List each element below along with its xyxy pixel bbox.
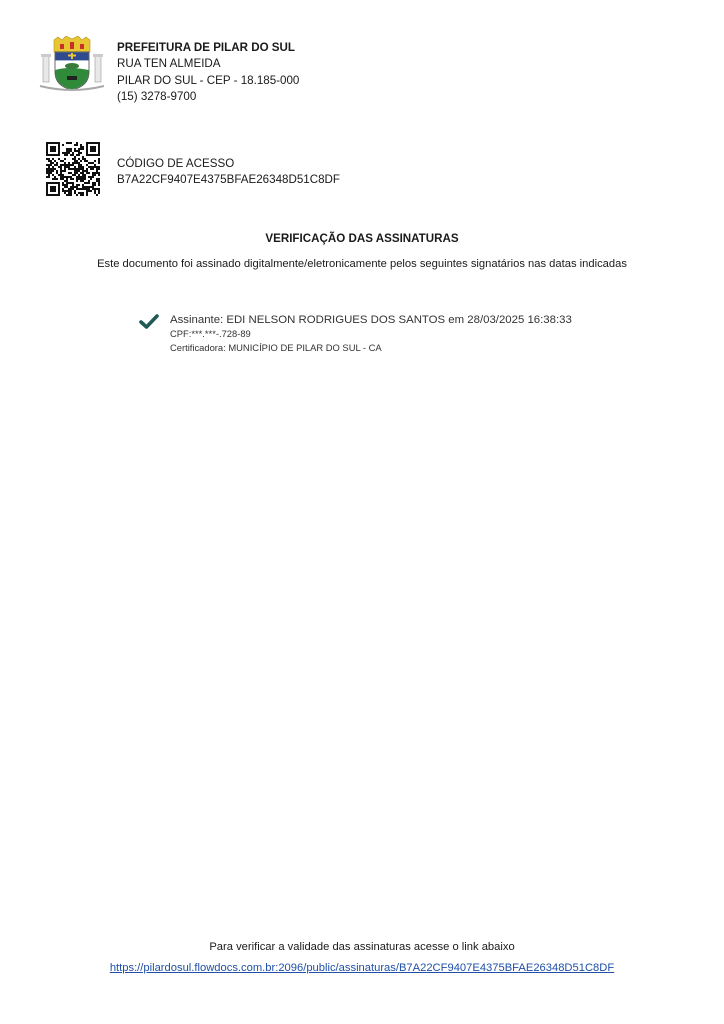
signer-line: Assinante: EDI NELSON RODRIGUES DOS SANT… (170, 313, 572, 327)
access-code-block: CÓDIGO DE ACESSO B7A22CF9407E4375BFAE263… (117, 156, 340, 189)
check-icon (139, 313, 159, 330)
phone-line: (15) 3278-9700 (117, 89, 299, 105)
footer-note: Para verificar a validade das assinatura… (0, 941, 724, 953)
access-code-value: B7A22CF9407E4375BFAE26348D51C8DF (117, 172, 340, 188)
address-line: RUA TEN ALMEIDA (117, 56, 299, 72)
verification-description: Este documento foi assinado digitalmente… (0, 258, 724, 270)
city-line: PILAR DO SUL - CEP - 18.185-000 (117, 73, 299, 89)
org-name: PREFEITURA DE PILAR DO SUL (117, 40, 299, 56)
signer-certifier: Certificadora: MUNICÍPIO DE PILAR DO SUL… (170, 341, 572, 355)
signer-cpf: CPF:***.***-.728-89 (170, 327, 572, 341)
verification-link[interactable]: https://pilardosul.flowdocs.com.br:2096/… (110, 962, 614, 974)
qr-code-icon (46, 142, 100, 196)
municipal-logo-icon (38, 36, 106, 94)
verification-title: VERIFICAÇÃO DAS ASSINATURAS (0, 232, 724, 245)
access-code-label: CÓDIGO DE ACESSO (117, 156, 340, 172)
footer-link-container: https://pilardosul.flowdocs.com.br:2096/… (0, 962, 724, 974)
signer-entry: Assinante: EDI NELSON RODRIGUES DOS SANT… (170, 313, 572, 355)
org-header: PREFEITURA DE PILAR DO SUL RUA TEN ALMEI… (117, 40, 299, 106)
